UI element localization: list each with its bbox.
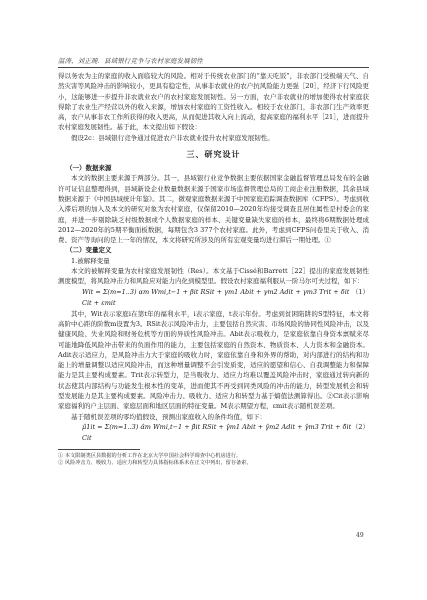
data-source-paragraph: 本文的数据主要来源于两部分。其一，县域银行业竞争数据主要依据国家金融监督管理总局… [58,173,369,245]
equation-2-number: （2） [352,422,369,444]
conditional-mean-paragraph: 基于随机误差项的零均值假设，预测出家庭收入的条件均值，如下： [58,412,369,422]
equation-1-number: （1） [352,287,369,309]
footnote-2: ② 风险冲击力、吸收力、适应力和转型力具体指标体系未在正文中列出，留存备索。 [58,460,369,468]
variable-explanation-paragraph: 其中，Wit表示家庭i在第t年的福利水平，i表示家庭，t表示年份。考虑到贫困陷阱… [58,309,369,412]
equation-2-body: μ̂1it = Σ(m=1..3) α̂m Wmi,t−1 + β̂it RSi… [82,422,352,444]
dependent-variable-paragraph: 本文的被解释变量为农村家庭发展韧性（Res）。本文基于Cissé和Barrett… [58,266,369,287]
body-paragraph: 得以务农为主的家庭的收入面临较大的风险。相对于传统农业部门的“靠天吃饭”，非农部… [58,71,369,133]
equation-1: Wit = Σ(m=1..3) αm Wmi,t−1 + βit RSit + … [58,287,369,309]
subsection-heading-data-source: （一）数据来源 [58,163,369,173]
paper-page: 温涛，刘正琬．县域银行竞争与农村家庭发展韧性 得以务农为主的家庭的收入面临较大的… [58,56,369,468]
equation-1-body: Wit = Σ(m=1..3) αm Wmi,t−1 + βit RSit + … [82,287,352,309]
footnote-divider [58,449,140,450]
subsubsection-heading-dependent-variable: 1.被解释变量 [58,256,369,266]
hypothesis-2c: 假设2c：县域银行竞争通过促进农户非农就业提升农村家庭发展韧性。 [58,133,369,143]
running-head: 温涛，刘正琬．县域银行竞争与农村家庭发展韧性 [58,56,369,68]
subsection-heading-variables: （二）变量定义 [58,245,369,255]
equation-2: μ̂1it = Σ(m=1..3) α̂m Wmi,t−1 + β̂it RSi… [58,422,369,444]
section-title: 三、研究设计 [58,149,369,160]
page-number: 49 [356,532,364,539]
